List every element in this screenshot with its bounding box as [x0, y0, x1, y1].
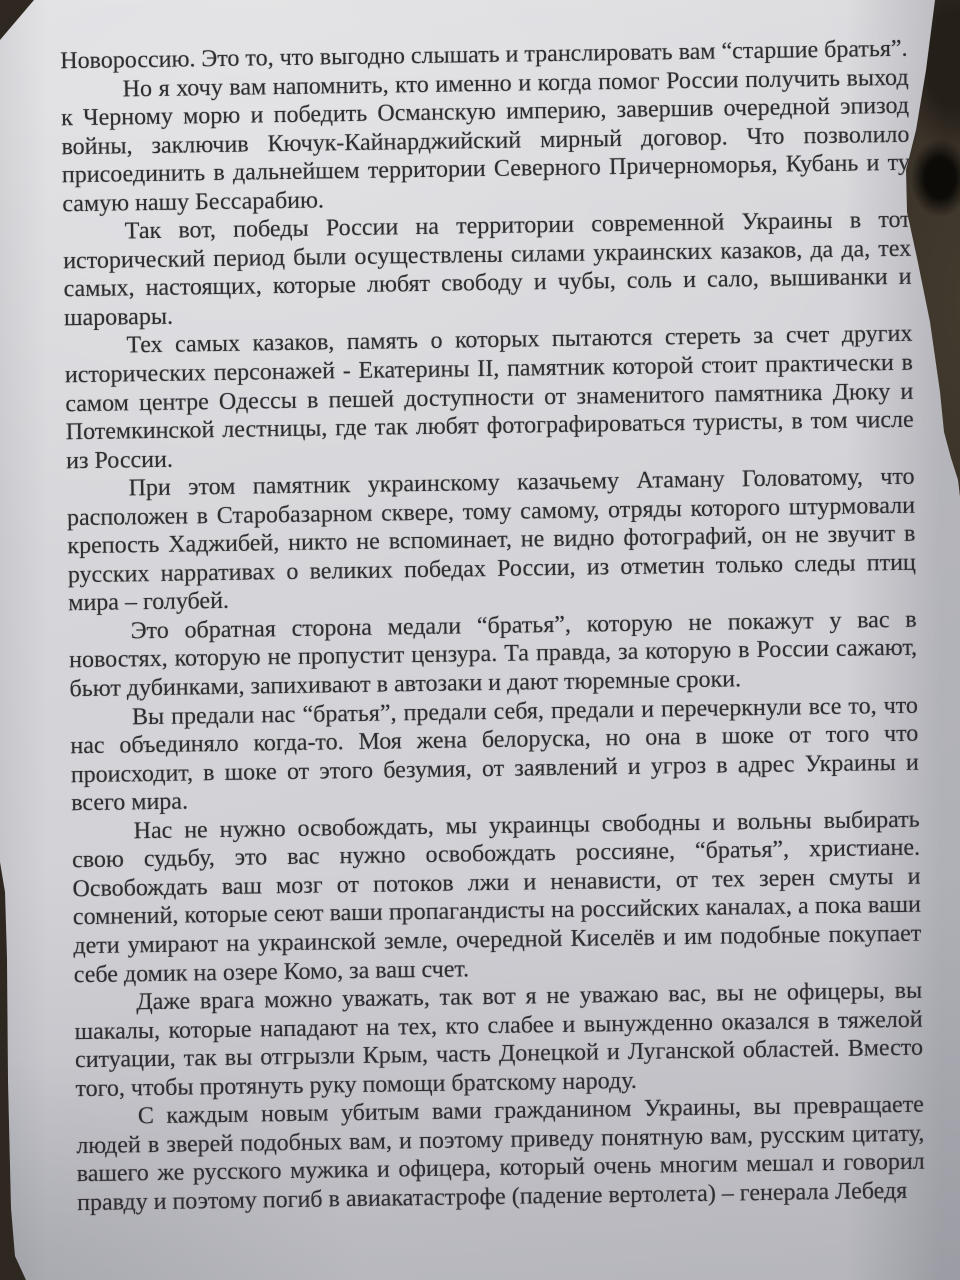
paragraph: Вы предали нас “братья”, предали себя, п…	[70, 691, 920, 818]
paragraph: Это обратная сторона медали “братья”, ко…	[69, 606, 918, 704]
paragraph: Так вот, победы России на территории сов…	[63, 206, 913, 333]
paragraph: Нас не нужно освобождать, мы украинцы св…	[71, 805, 921, 989]
paper-sheet: Новороссию. Это то, что выгодно слышать …	[0, 0, 960, 1280]
photo-background: Новороссию. Это то, что выгодно слышать …	[0, 0, 960, 1280]
paragraph: Но я хочу вам напомнить, кто именно и ко…	[60, 63, 910, 218]
paragraph: Даже врага можно уважать, так вот я не у…	[74, 977, 924, 1104]
paragraph: Тех самых казаков, память о которых пыта…	[64, 320, 914, 475]
paragraph: При этом памятник украинскому казачьему …	[66, 463, 916, 618]
document-text: Новороссию. Это то, что выгодно слышать …	[60, 35, 925, 1218]
paragraph: С каждым новым убитым вами гражданином У…	[76, 1091, 926, 1218]
